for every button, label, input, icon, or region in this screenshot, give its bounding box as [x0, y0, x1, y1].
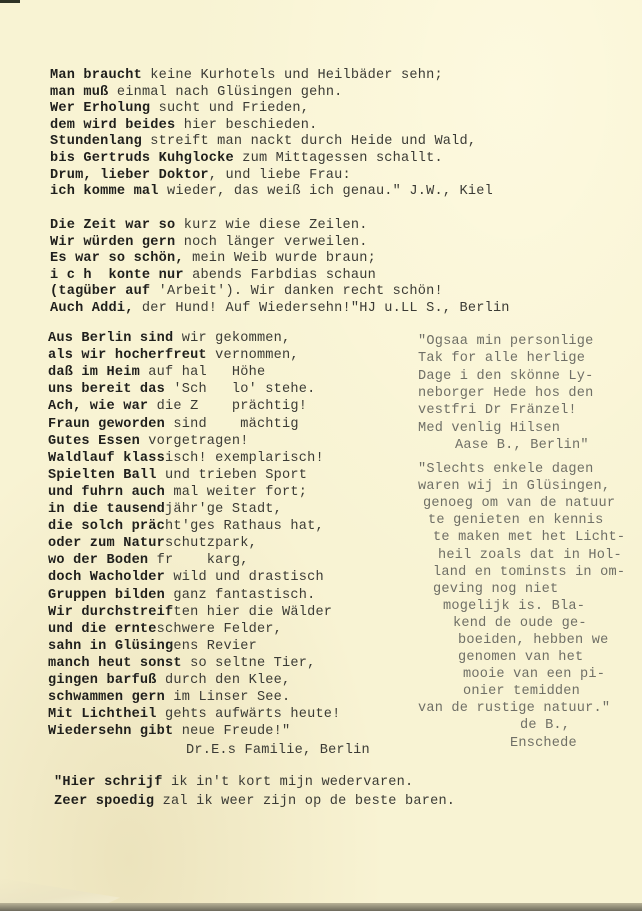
typed-emphasis: gingen barfuß [48, 673, 157, 688]
text-line: Auch Addi, der Hund! Auf Wiedersehn!"HJ … [50, 301, 510, 317]
text-line: Ach, wie war die Z prächtig! [48, 399, 307, 415]
typed-emphasis: oder zum Natur [48, 536, 165, 551]
typed-emphasis: i c h konte nur [50, 268, 184, 283]
typed-emphasis: Aus Berlin sind [48, 331, 173, 346]
typed-text: 'Arbeit'). Wir danken recht schön! [150, 284, 443, 299]
document-page: Man braucht keine Kurhotels und Heilbäde… [0, 0, 642, 905]
text-line: daß im Heim auf hal Höhe [48, 365, 265, 381]
text-line: in die tausendjähr'ge Stadt, [48, 502, 282, 518]
text-line: Wir würden gern noch länger verweilen. [50, 235, 368, 251]
text-line: die solch prächt'ges Rathaus hat, [48, 519, 324, 535]
typed-emphasis: Zeer spoedig [54, 794, 154, 809]
text-line: Mit Lichtheil gehts aufwärts heute! [48, 707, 341, 723]
typed-text: der Hund! Auf Wiedersehn!"HJ u.LL S., Be… [134, 301, 510, 316]
text-line: van de rustige natuur." [418, 701, 610, 717]
text-line: "Hier schrijf ik in't kort mijn wedervar… [54, 775, 413, 791]
text-line: waren wij in Glüsingen, [418, 479, 610, 495]
text-line: boeiden, hebben we [458, 633, 608, 649]
typed-text: 'Sch lo' stehe. [165, 382, 315, 397]
typed-emphasis: Es war so schön, [50, 251, 184, 266]
typed-emphasis: Wiedersehn gibt [48, 724, 173, 739]
typed-emphasis: und die ernte [48, 622, 157, 637]
typed-text: wieder, das weiß ich genau." J.W., Kiel [159, 184, 493, 199]
typed-emphasis: in die tausend [48, 502, 165, 517]
typed-emphasis: Stundenlang [50, 134, 142, 149]
text-line: geving nog niet [433, 582, 558, 598]
typed-emphasis: Ach, wie war [48, 399, 148, 414]
corner-mark [0, 0, 20, 3]
text-line: Man braucht keine Kurhotels und Heilbäde… [50, 68, 443, 84]
text-line: Tak for alle herlige [418, 351, 585, 367]
text-line: Fraun geworden sind mächtig [48, 417, 299, 433]
typed-emphasis: als wir hocherfreut [48, 348, 207, 363]
text-line: (tagüber auf 'Arbeit'). Wir danken recht… [50, 284, 443, 300]
typed-text: ik in't kort mijn wedervaren. [163, 775, 414, 790]
typed-text: noch länger verweilen. [175, 235, 367, 250]
text-line: mooie van een pi- [463, 667, 605, 683]
signature-place: Enschede [510, 736, 577, 752]
typed-text: wild und drastisch [165, 570, 324, 585]
typed-text: neue Freude!" [173, 724, 290, 739]
text-line: te maken met het Licht- [433, 530, 625, 546]
text-line: Wir durchstreiften hier die Wälder [48, 605, 332, 621]
text-line: oder zum Naturschutzpark, [48, 536, 257, 552]
typed-emphasis: Die Zeit war so [50, 218, 175, 233]
typed-text: sind mächtig [165, 417, 299, 432]
typed-emphasis: Spielten Ball [48, 468, 157, 483]
page-bottom-edge [0, 903, 642, 911]
typed-emphasis: Waldlauf klass [48, 451, 165, 466]
typed-text: jähr'ge Stadt, [165, 502, 282, 517]
typed-text: isch! exemplarisch! [165, 451, 324, 466]
text-line: Die Zeit war so kurz wie diese Zeilen. [50, 218, 368, 234]
typed-text: im Linser See. [165, 690, 290, 705]
text-line: genomen van het [458, 650, 583, 666]
text-line: Dage i den skönne Ly- [418, 369, 594, 385]
text-line: Es war so schön, mein Weib wurde braun; [50, 251, 376, 267]
typed-text: die Z prächtig! [148, 399, 307, 414]
typed-text: ht'ges Rathaus hat, [165, 519, 324, 534]
text-line: genoeg om van de natuur [423, 496, 615, 512]
text-line: "Slechts enkele dagen [418, 462, 594, 478]
typed-emphasis: "Hier schrijf [54, 775, 163, 790]
typed-emphasis: Wir würden gern [50, 235, 175, 250]
text-line: mogelijk is. Bla- [443, 599, 585, 615]
typed-text: mal weiter fort; [165, 485, 307, 500]
typed-emphasis: Fraun geworden [48, 417, 165, 432]
typed-text: schutzpark, [165, 536, 257, 551]
text-line: Wer Erholung sucht und Frieden, [50, 101, 309, 117]
text-line: als wir hocherfreut vernommen, [48, 348, 299, 364]
text-line: heil zoals dat in Hol- [438, 548, 622, 564]
typed-emphasis: uns bereit das [48, 382, 165, 397]
typed-text: vorgetragen! [140, 434, 249, 449]
text-line: "Ogsaa min personlige [418, 334, 594, 350]
signature: de B., [520, 718, 570, 734]
text-line: und fuhrn auch mal weiter fort; [48, 485, 307, 501]
typed-text: kurz wie diese Zeilen. [175, 218, 367, 233]
signature: Dr.E.s Familie, Berlin [186, 743, 370, 759]
typed-text: wir gekommen, [173, 331, 290, 346]
typed-emphasis: die solch präc [48, 519, 165, 534]
typed-text: vernommen, [207, 348, 299, 363]
text-line: schwammen gern im Linser See. [48, 690, 290, 706]
typed-emphasis: Man braucht [50, 68, 142, 83]
typed-text: hier beschieden. [175, 118, 317, 133]
text-line: Gruppen bilden ganz fantastisch. [48, 588, 315, 604]
text-line: uns bereit das 'Sch lo' stehe. [48, 382, 315, 398]
text-line: Drum, lieber Doktor, und liebe Frau: [50, 168, 351, 184]
text-line: Wiedersehn gibt neue Freude!" [48, 724, 290, 740]
typed-text: sucht und Frieden, [150, 101, 309, 116]
typed-emphasis: Auch Addi, [50, 301, 134, 316]
typed-text: gehts aufwärts heute! [157, 707, 341, 722]
typed-text: ganz fantastisch. [165, 588, 315, 603]
text-line: land en tominsts in om- [433, 565, 625, 581]
text-line: kend de oude ge- [453, 616, 587, 632]
text-line: Zeer spoedig zal ik weer zijn op de best… [54, 794, 455, 810]
text-line: Waldlauf klassisch! exemplarisch! [48, 451, 324, 467]
typed-text: zal ik weer zijn op de beste baren. [154, 794, 455, 809]
typed-text: mein Weib wurde braun; [184, 251, 376, 266]
text-line: onier temidden [463, 684, 580, 700]
typed-emphasis: sahn in Glüsing [48, 639, 173, 654]
text-line: man muß einmal nach Glüsingen gehn. [50, 85, 343, 101]
typed-emphasis: ich komme mal [50, 184, 159, 199]
typed-emphasis: Gutes Essen [48, 434, 140, 449]
typed-emphasis: bis Gertruds Kuhglocke [50, 151, 234, 166]
typed-emphasis: Wir durchstreif [48, 605, 173, 620]
typed-emphasis: (tagüber auf [50, 284, 150, 299]
typed-text: abends Farbdias schaun [184, 268, 376, 283]
text-line: sahn in Glüsingens Revier [48, 639, 257, 655]
typed-text: , und liebe Frau: [209, 168, 351, 183]
typed-text: ten hier die Wälder [173, 605, 332, 620]
typed-text: so seltne Tier, [182, 656, 316, 671]
typed-emphasis: Gruppen bilden [48, 588, 165, 603]
typed-emphasis: Wer Erholung [50, 101, 150, 116]
typed-text: zum Mittagessen schallt. [234, 151, 443, 166]
typed-emphasis: manch heut sonst [48, 656, 182, 671]
typed-emphasis: man muß [50, 85, 109, 100]
typed-emphasis: wo der Boden [48, 553, 148, 568]
text-line: neborger Hede hos den [418, 386, 594, 402]
typed-text: ens Revier [173, 639, 257, 654]
typed-text: keine Kurhotels und Heilbäder sehn; [142, 68, 443, 83]
typed-emphasis: Mit Lichtheil [48, 707, 157, 722]
text-line: Med venlig Hilsen [418, 421, 560, 437]
text-line: ich komme mal wieder, das weiß ich genau… [50, 184, 493, 200]
text-line: doch Wacholder wild und drastisch [48, 570, 324, 586]
text-line: manch heut sonst so seltne Tier, [48, 656, 315, 672]
typed-emphasis: schwammen gern [48, 690, 165, 705]
typed-text: einmal nach Glüsingen gehn. [109, 85, 343, 100]
typed-text: fr karg, [148, 553, 248, 568]
typed-emphasis: Drum, lieber Doktor [50, 168, 209, 183]
text-line: bis Gertruds Kuhglocke zum Mittagessen s… [50, 151, 443, 167]
text-line: dem wird beides hier beschieden. [50, 118, 317, 134]
torn-corner [0, 878, 120, 906]
typed-emphasis: daß im Heim [48, 365, 140, 380]
typed-text: auf hal Höhe [140, 365, 265, 380]
text-line: Spielten Ball und trieben Sport [48, 468, 307, 484]
text-line: Stundenlang streift man nackt durch Heid… [50, 134, 476, 150]
text-line: vestfri Dr Fränzel! [418, 403, 577, 419]
text-line: te genieten en kennis [428, 513, 604, 529]
typed-emphasis: dem wird beides [50, 118, 175, 133]
typed-emphasis: doch Wacholder [48, 570, 165, 585]
text-line: Gutes Essen vorgetragen! [48, 434, 249, 450]
typed-emphasis: und fuhrn auch [48, 485, 165, 500]
typed-text: durch den Klee, [157, 673, 291, 688]
typed-text: und trieben Sport [157, 468, 307, 483]
text-line: wo der Boden fr karg, [48, 553, 249, 569]
signature: Aase B., Berlin" [455, 438, 589, 454]
typed-text: streift man nackt durch Heide und Wald, [142, 134, 476, 149]
text-line: gingen barfuß durch den Klee, [48, 673, 290, 689]
text-line: und die ernteschwere Felder, [48, 622, 282, 638]
typed-text: schwere Felder, [157, 622, 282, 637]
text-line: i c h konte nur abends Farbdias schaun [50, 268, 376, 284]
text-line: Aus Berlin sind wir gekommen, [48, 331, 290, 347]
